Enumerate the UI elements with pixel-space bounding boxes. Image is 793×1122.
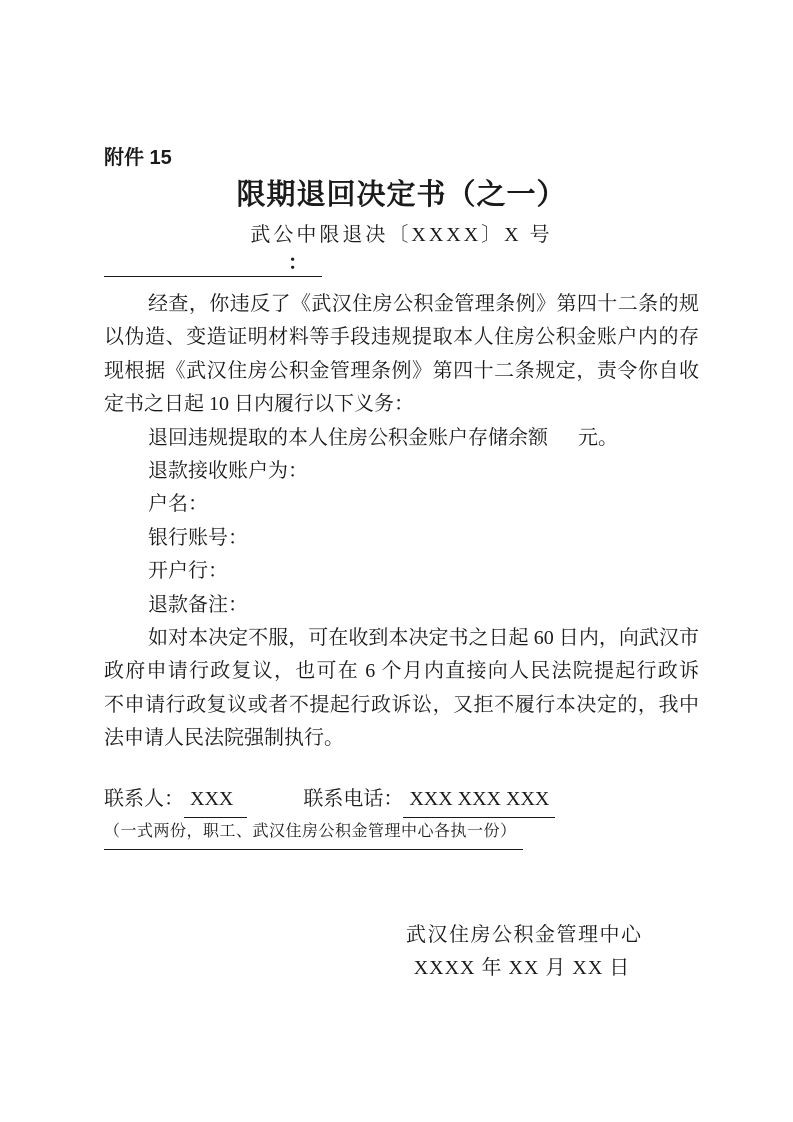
issuer-name: 武汉住房公积金管理中心 (406, 919, 638, 952)
contact-row: 联系人：XXX联系电话：XXX XXX XXX (104, 783, 699, 816)
document-page: 附件 15 限期退回决定书（之一） 武公中限退决〔XXXX〕X 号 ： 经查，你… (0, 0, 793, 1122)
paragraph1-line-4: 定书之日起 10 日内履行以下义务： (104, 388, 699, 421)
bank-branch-field-line: 开户行： (104, 555, 699, 588)
issue-date: XXXX 年 XX 月 XX 日 (406, 952, 638, 985)
obligation-unit: 元。 (578, 427, 618, 449)
obligation-text: 退回违规提取的本人住房公积金账户存储余额 (148, 427, 548, 449)
paragraph2-line-3: 不申请行政复议或者不提起行政诉讼，又拒不履行本决定的，我中心将依 (104, 689, 699, 722)
contact-phone-label: 联系电话： (303, 788, 403, 810)
addressee-blank-line: ： (104, 251, 322, 277)
signature-block: 武汉住房公积金管理中心 XXXX 年 XX 月 XX 日 (406, 919, 638, 985)
obligation-line: 退回违规提取的本人住房公积金账户存储余额元。 (104, 422, 699, 455)
document-body: 经查，你违反了《武汉住房公积金管理条例》第四十二条的规定， 以伪造、变造证明材料… (104, 288, 699, 755)
distribution-footnote-text: （一式两份，职工、武汉住房公积金管理中心各执一份） (104, 819, 523, 850)
paragraph1-line-1: 经查，你违反了《武汉住房公积金管理条例》第四十二条的规定， (104, 288, 699, 321)
contact-person-value: XXX (184, 783, 247, 818)
paragraph2-line-4: 法申请人民法院强制执行。 (104, 722, 699, 755)
account-name-field-line: 户名： (104, 488, 699, 521)
paragraph2-line-1: 如对本决定不服，可在收到本决定书之日起 60 日内，向武汉市人民 (104, 622, 699, 655)
paragraph1-line-3: 现根据《武汉住房公积金管理条例》第四十二条规定，责令你自收到本决 (104, 355, 699, 388)
refund-account-intro-line: 退款接收账户为： (104, 455, 699, 488)
refund-remark-field-line: 退款备注： (104, 589, 699, 622)
bank-account-field-line: 银行账号： (104, 522, 699, 555)
contact-person-label: 联系人： (104, 788, 184, 810)
document-number: 武公中限退决〔XXXX〕X 号 (104, 221, 699, 249)
paragraph1-line-2: 以伪造、变造证明材料等手段违规提取本人住房公积金账户内的存储余额。 (104, 321, 699, 354)
document-title: 限期退回决定书（之一） (104, 177, 699, 214)
attachment-label: 附件 15 (104, 146, 699, 170)
addressee-row: ： (104, 251, 699, 278)
paragraph2-line-2: 政府申请行政复议，也可在 6 个月内直接向人民法院提起行政诉讼，逾期 (104, 655, 699, 688)
distribution-footnote: （一式两份，职工、武汉住房公积金管理中心各执一份） (104, 819, 699, 846)
contact-phone-value: XXX XXX XXX (403, 783, 555, 818)
